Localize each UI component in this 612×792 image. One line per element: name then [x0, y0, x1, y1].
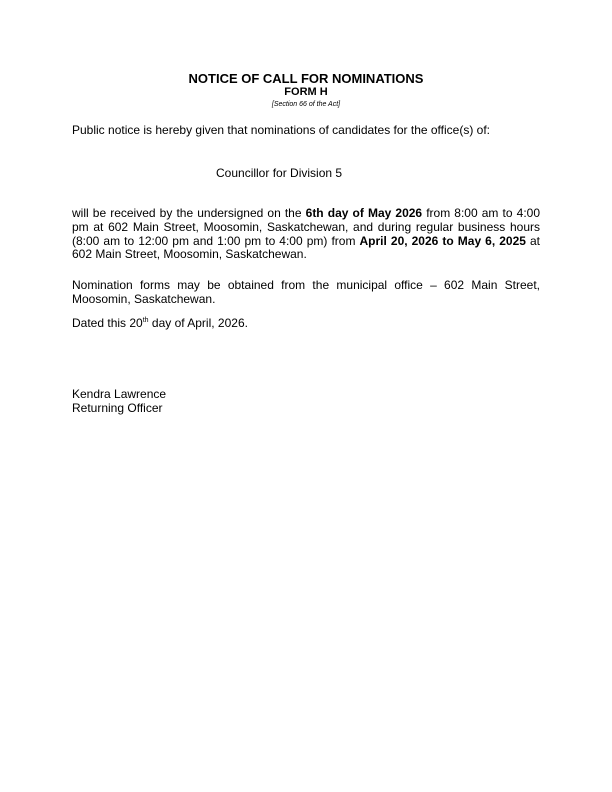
dated-prefix: Dated this 20: [72, 316, 143, 330]
nomination-day: 6th day of May 2026: [306, 206, 422, 220]
signer-role: Returning Officer: [72, 402, 540, 416]
signer-name: Kendra Lawrence: [72, 388, 540, 402]
received-paragraph: will be received by the undersigned on t…: [72, 207, 540, 262]
section-reference: [Section 66 of the Act]: [0, 100, 612, 109]
nomination-period: April 20, 2026 to May 6, 2025: [360, 234, 526, 248]
form-label: FORM H: [0, 86, 612, 99]
forms-paragraph: Nomination forms may be obtained from th…: [72, 279, 540, 307]
intro-paragraph: Public notice is hereby given that nomin…: [72, 124, 540, 138]
dated-suffix: day of April, 2026.: [149, 316, 248, 330]
notice-title: NOTICE OF CALL FOR NOMINATIONS: [0, 71, 612, 86]
signature-block: Kendra Lawrence Returning Officer: [72, 388, 540, 416]
office-name: Councillor for Division 5: [216, 166, 342, 180]
dated-line: Dated this 20th day of April, 2026.: [72, 317, 540, 331]
received-text-1: will be received by the undersigned on t…: [72, 206, 306, 220]
document-page: NOTICE OF CALL FOR NOMINATIONS FORM H [S…: [0, 0, 612, 792]
